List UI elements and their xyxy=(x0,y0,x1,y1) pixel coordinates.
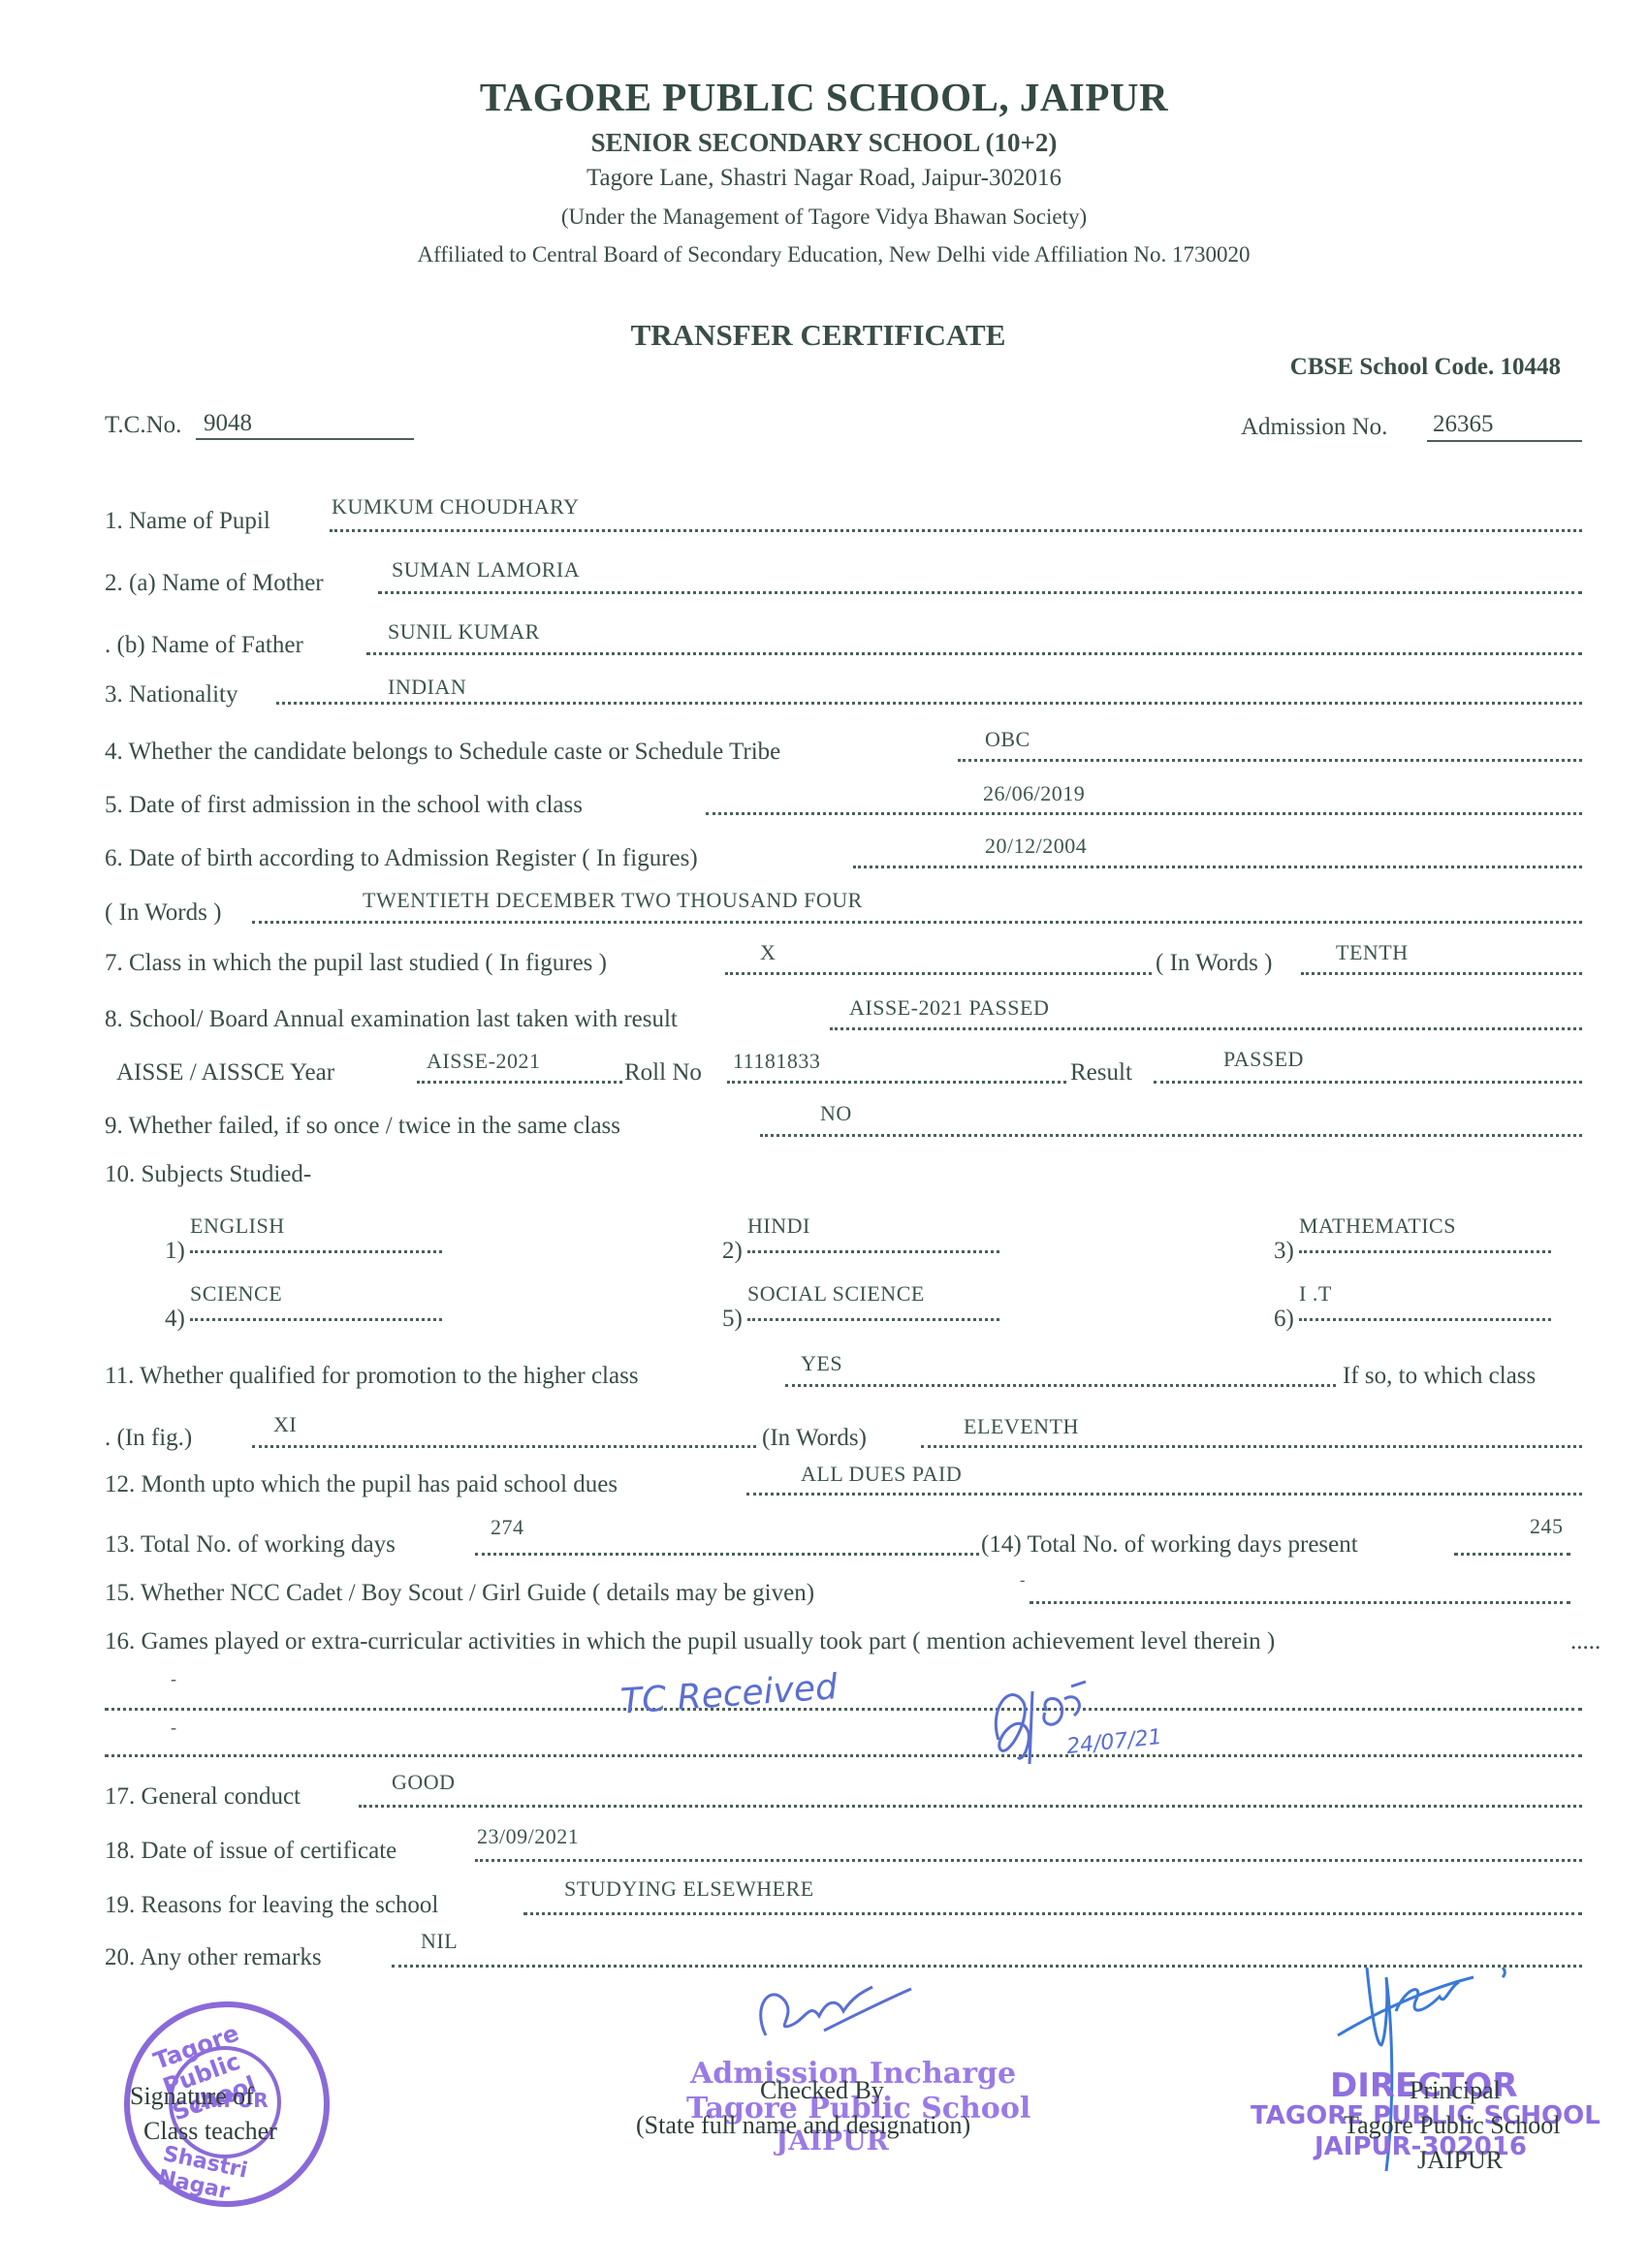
field-11-tail: If so, to which class xyxy=(1343,1363,1536,1390)
field-18-label: 18. Date of issue of certificate xyxy=(105,1838,396,1865)
principal-city-label: JAIPUR xyxy=(1417,2146,1503,2175)
promotion-fig-label: . (In fig.) xyxy=(105,1425,192,1452)
subject-dotted-line xyxy=(1299,1250,1551,1253)
field-16-trailing-dots: ..... xyxy=(1570,1628,1600,1655)
promotion-words-label: (In Words) xyxy=(762,1425,867,1452)
field-13-value: 274 xyxy=(491,1515,524,1540)
aissce-year-value: AISSE-2021 xyxy=(427,1049,540,1074)
subject-number: 4) xyxy=(165,1306,185,1333)
field-16-dotted-line-1 xyxy=(105,1708,1582,1711)
field-9-label: 9. Whether failed, if so once / twice in… xyxy=(105,1113,620,1140)
subject-name: SOCIAL SCIENCE xyxy=(747,1281,925,1307)
field-17-label: 17. General conduct xyxy=(105,1783,301,1811)
field-17-value: GOOD xyxy=(392,1770,456,1795)
field-14-label: (14) Total No. of working days present xyxy=(981,1531,1358,1559)
roll-no-value: 11181833 xyxy=(733,1049,820,1074)
field-14-dotted-line xyxy=(1454,1553,1570,1556)
field-6-words-dotted-line xyxy=(252,921,1582,924)
field-20-label: 20. Any other remarks xyxy=(105,1944,322,1971)
receiver-signature-icon xyxy=(979,1672,1095,1774)
field-12-dotted-line xyxy=(746,1493,1582,1496)
subject-dotted-line xyxy=(1299,1318,1551,1321)
roll-no-label: Roll No xyxy=(624,1059,702,1087)
field-19-dotted-line xyxy=(523,1912,1582,1915)
subject-name: MATHEMATICS xyxy=(1299,1213,1456,1239)
field-5-dotted-line xyxy=(706,812,1582,815)
field-2a-value: SUMAN LAMORIA xyxy=(392,557,580,583)
field-13-label: 13. Total No. of working days xyxy=(105,1531,396,1559)
field-2b-label: . (b) Name of Father xyxy=(105,632,303,659)
field-6-dotted-line xyxy=(853,866,1582,868)
result-value: PASSED xyxy=(1223,1047,1304,1072)
result-dotted-line xyxy=(1154,1081,1582,1084)
field-4-dotted-line xyxy=(958,759,1582,762)
subject-number: 1) xyxy=(165,1238,185,1265)
admission-number-underline xyxy=(1427,440,1582,442)
field-18-dotted-line xyxy=(475,1859,1582,1862)
field-16-label: 16. Games played or extra-curricular act… xyxy=(105,1628,1275,1655)
field-7-words-label: ( In Words ) xyxy=(1156,950,1272,977)
subject-number: 5) xyxy=(722,1306,743,1333)
aissce-year-dotted-line xyxy=(417,1081,622,1084)
field-15-value: - xyxy=(1020,1572,1026,1590)
field-2b-value: SUNIL KUMAR xyxy=(388,619,540,645)
class-teacher-label-2: Class teacher xyxy=(143,2117,277,2146)
subject-name: HINDI xyxy=(747,1213,810,1239)
school-name: TAGORE PUBLIC SCHOOL, JAIPUR xyxy=(0,74,1648,120)
admission-number-label: Admission No. xyxy=(1241,414,1387,441)
field-18-value: 23/09/2021 xyxy=(477,1824,579,1849)
field-16-line2-value: - xyxy=(171,1717,177,1738)
field-11-dotted-line xyxy=(785,1384,1336,1387)
principal-school-label: Tagore Public School xyxy=(1344,2111,1560,2140)
field-9-value: NO xyxy=(820,1101,852,1126)
field-12-label: 12. Month upto which the pupil has paid … xyxy=(105,1471,618,1498)
field-3-dotted-line xyxy=(276,702,1582,705)
aissce-year-label: AISSE / AISSCE Year xyxy=(116,1059,334,1087)
subject-name: ENGLISH xyxy=(190,1213,285,1239)
field-2a-label: 2. (a) Name of Mother xyxy=(105,570,324,597)
field-1-dotted-line xyxy=(330,529,1582,532)
field-3-label: 3. Nationality xyxy=(105,681,238,709)
field-8-dotted-line xyxy=(830,1027,1582,1030)
subject-number: 2) xyxy=(722,1238,743,1265)
field-15-label: 15. Whether NCC Cadet / Boy Scout / Girl… xyxy=(105,1580,814,1607)
subject-number: 3) xyxy=(1274,1238,1294,1265)
field-6-value: 20/12/2004 xyxy=(985,834,1087,859)
field-7-words-value: TENTH xyxy=(1336,940,1409,965)
field-8-value: AISSE-2021 PASSED xyxy=(849,995,1049,1021)
subject-dotted-line xyxy=(190,1318,442,1321)
field-10-label: 10. Subjects Studied- xyxy=(105,1161,311,1188)
field-1-label: 1. Name of Pupil xyxy=(105,508,270,535)
field-16-line1-value: - xyxy=(171,1669,177,1689)
checked-by-instruction: (State full name and designation) xyxy=(636,2111,970,2140)
tc-number-label: T.C.No. xyxy=(105,412,181,439)
cbse-school-code: CBSE School Code. 10448 xyxy=(1290,354,1561,381)
tc-number-underline xyxy=(196,438,414,440)
field-14-value: 245 xyxy=(1530,1514,1564,1539)
field-12-value: ALL DUES PAID xyxy=(801,1462,962,1487)
field-1-value: KUMKUM CHOUDHARY xyxy=(332,494,580,520)
field-3-value: INDIAN xyxy=(388,675,466,700)
tc-number-value: 9048 xyxy=(204,410,252,437)
field-19-label: 19. Reasons for leaving the school xyxy=(105,1892,438,1919)
school-type: SENIOR SECONDARY SCHOOL (10+2) xyxy=(0,128,1648,158)
field-4-label: 4. Whether the candidate belongs to Sche… xyxy=(105,739,780,766)
subject-dotted-line xyxy=(190,1250,442,1253)
admission-number-value: 26365 xyxy=(1433,411,1494,438)
school-management: (Under the Management of Tagore Vidya Bh… xyxy=(0,205,1648,230)
promotion-fig-value: XI xyxy=(273,1412,297,1437)
field-6-words-value: TWENTIETH DECEMBER TWO THOUSAND FOUR xyxy=(363,888,863,913)
checked-by-label: Checked By xyxy=(760,2076,884,2105)
result-label: Result xyxy=(1070,1059,1132,1087)
field-17-dotted-line xyxy=(359,1805,1582,1808)
school-affiliation: Affiliated to Central Board of Secondary… xyxy=(10,242,1648,268)
handwritten-tc-received: TC Received xyxy=(619,1667,839,1722)
field-11-label: 11. Whether qualified for promotion to t… xyxy=(105,1363,639,1390)
field-7-label: 7. Class in which the pupil last studied… xyxy=(105,950,607,977)
field-6-words-label: ( In Words ) xyxy=(105,899,221,927)
promotion-words-value: ELEVENTH xyxy=(964,1414,1079,1439)
field-11-value: YES xyxy=(801,1351,842,1376)
subject-dotted-line xyxy=(747,1318,999,1321)
field-5-value: 26/06/2019 xyxy=(983,781,1085,806)
field-7-dotted-line xyxy=(725,972,1152,975)
field-6-label: 6. Date of birth according to Admission … xyxy=(105,845,698,872)
field-4-value: OBC xyxy=(985,727,1030,752)
roll-no-dotted-line xyxy=(727,1081,1066,1084)
document-title: TRANSFER CERTIFICATE xyxy=(0,318,1642,353)
field-15-dotted-line xyxy=(1030,1601,1570,1604)
field-20-value: NIL xyxy=(421,1929,458,1954)
promotion-words-dotted-line xyxy=(921,1445,1582,1448)
field-16-dotted-line-2 xyxy=(105,1754,1582,1757)
field-19-value: STUDYING ELSEWHERE xyxy=(564,1876,814,1902)
field-13-dotted-line xyxy=(475,1553,979,1556)
field-2a-dotted-line xyxy=(378,591,1582,594)
subject-name: I .T xyxy=(1299,1281,1332,1307)
field-9-dotted-line xyxy=(760,1134,1582,1137)
admission-incharge-signature-icon xyxy=(746,1977,921,2050)
field-2b-dotted-line xyxy=(366,652,1582,655)
field-5-label: 5. Date of first admission in the school… xyxy=(105,792,583,819)
field-8-label: 8. School/ Board Annual examination last… xyxy=(105,1006,678,1033)
subject-name: SCIENCE xyxy=(190,1281,282,1307)
class-teacher-label-1: Signature of xyxy=(130,2082,254,2111)
field-7-words-dotted-line xyxy=(1301,972,1582,975)
subject-dotted-line xyxy=(747,1250,999,1253)
field-7-value: X xyxy=(760,940,776,965)
subject-number: 6) xyxy=(1274,1306,1294,1333)
principal-label: Principal xyxy=(1410,2076,1501,2105)
school-address: Tagore Lane, Shastri Nagar Road, Jaipur-… xyxy=(0,165,1648,192)
promotion-fig-dotted-line xyxy=(252,1445,756,1448)
